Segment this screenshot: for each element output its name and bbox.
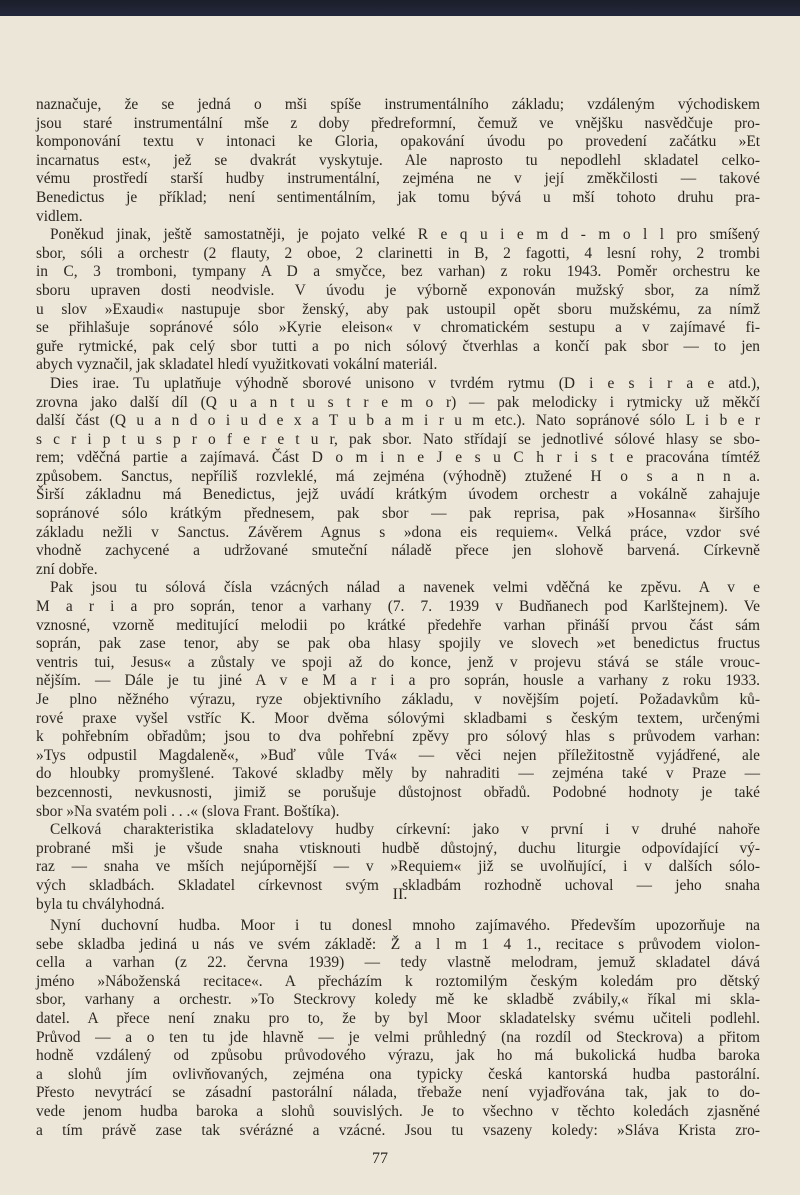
text-line: hodně vzdálený od způsobu průvodového vý… (36, 1047, 760, 1066)
text-line: s c r i p t u s p r o f e r e t u r, pak… (36, 431, 760, 450)
text-line: další část (Q u a n d o i u d e x a T u … (36, 412, 760, 431)
text-line: datel. A přece není znaku pro to, že by … (36, 1010, 760, 1029)
text-line: M a r i a pro soprán, tenor a varhany (7… (36, 598, 760, 617)
text-line: zrovna jako další díl (Q u a n t u s t r… (36, 394, 760, 413)
text-line: naznačuje, že se jedná o mši spíše instr… (36, 96, 760, 115)
text-line: a slohů jím ovlivňovaných, zejména ona t… (36, 1066, 760, 1085)
text-line: vede jenom hudba baroka a slohů souvislý… (36, 1103, 760, 1122)
text-line: in C, 3 tromboni, tympany A D a smyčce, … (36, 263, 760, 282)
text-line: sboru upraven dosti neodvisle. V úvodu j… (36, 282, 760, 301)
text-line: bezcennosti, nevkusnosti, jimiž se poruš… (36, 784, 760, 803)
text-line: vidlem. (36, 208, 760, 227)
body-text-section-1: naznačuje, že se jedná o mši spíše instr… (36, 96, 760, 914)
text-line: zní dobře. (36, 561, 760, 580)
text-line: abych vyznačil, jak skladatel hledí využ… (36, 356, 760, 375)
text-line: Širší základnu má Benedictus, jejž uvádí… (36, 486, 760, 505)
text-line: soprán, pak zase tenor, aby se pak oba h… (36, 635, 760, 654)
text-line: se přihlašuje sopránové sólo »Kyrie elei… (36, 319, 760, 338)
text-line: probrané mši je všude snaha vtisknouti h… (36, 840, 760, 859)
scan-border (0, 0, 800, 16)
text-line: způsobem. Sanctus, nepříliš rozvleklé, m… (36, 468, 760, 487)
text-line: incarnatus est«, jež se dvakrát vyskytuj… (36, 152, 760, 171)
text-line: u slov »Exaudi« nastupuje sbor ženský, a… (36, 301, 760, 320)
text-line: rové praxe vyšel vstříc K. Moor dvěma só… (36, 710, 760, 729)
text-line: jméno »Náboženská recitace«. A přecházím… (36, 973, 760, 992)
text-line: základu nežli v Sanctus. Závěrem Agnus s… (36, 524, 760, 543)
text-line: Dies irae. Tu uplatňuje výhodně sborové … (36, 375, 760, 394)
body-text-section-2: Nyní duchovní hudba. Moor i tu donesl mn… (36, 917, 760, 1140)
text-line: sbor, varhany a orchestr. »To Steckrovy … (36, 991, 760, 1010)
text-line: vznosné, vzorně meditující melodii po kr… (36, 617, 760, 636)
text-line: vhodně zachycené a udržované smuteční ná… (36, 542, 760, 561)
text-line: raz — snaha ve mších nejúpornější — v »R… (36, 858, 760, 877)
text-line: komponování textu v intonaci ke Gloria, … (36, 133, 760, 152)
text-line: a tím právě zase tak svérázné a vzácné. … (36, 1122, 760, 1141)
text-line: Poněkud jinak, ještě samostatněji, je po… (36, 226, 760, 245)
text-line: ventris tui, Jesus« a zůstaly ve spoji a… (36, 654, 760, 673)
text-line: Benedictus je příklad; není sentimentáln… (36, 189, 760, 208)
text-line: nějším. — Dále je tu jiné A v e M a r i … (36, 672, 760, 691)
text-line: jsou staré instrumentální mše z doby pře… (36, 115, 760, 134)
text-line: sbor, sóli a orchestr (2 flauty, 2 oboe,… (36, 245, 760, 264)
text-line: cella a varhan (z 22. června 1939) — ted… (36, 954, 760, 973)
text-line: sebe skladba jediná u nás ve svém základ… (36, 936, 760, 955)
page-number: 77 (0, 1150, 760, 1168)
section-heading: II. (0, 886, 800, 904)
text-line: Průvod — a o ten tu jde hlavně — je velm… (36, 1029, 760, 1048)
text-line: vému prostředí starší hudby instrumentál… (36, 170, 760, 189)
text-line: »Tys odpustil Magdaleně«, »Buď vůle Tvá«… (36, 747, 760, 766)
text-line: Je plno něžného výrazu, ryze objektivníh… (36, 691, 760, 710)
text-line: k pohřebním obřadům; jsou to dva pohřebn… (36, 728, 760, 747)
text-line: rem; vděčná partie a zajímavá. Část D o … (36, 449, 760, 468)
text-line: sbor »Na svatém poli . . .« (slova Frant… (36, 803, 760, 822)
text-line: sopránové sólo krátkým přednesem, pak sb… (36, 505, 760, 524)
text-line: do hloubky promyšlené. Takové skladby mě… (36, 765, 760, 784)
text-line: guře rytmické, pak celý sbor tutti a po … (36, 338, 760, 357)
text-line: Nyní duchovní hudba. Moor i tu donesl mn… (36, 917, 760, 936)
text-line: Přesto nevytrácí se zásadní pastorální n… (36, 1084, 760, 1103)
text-line: Celková charakteristika skladatelovy hud… (36, 821, 760, 840)
text-line: Pak jsou tu sólová čísla vzácných nálad … (36, 579, 760, 598)
